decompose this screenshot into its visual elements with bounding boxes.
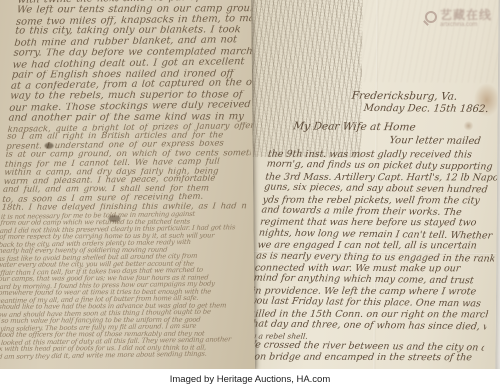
watermark-text-block: 艺藏在线 artxchina.com bbox=[440, 9, 492, 28]
letter-opening-line: Your letter mailed bbox=[389, 135, 482, 147]
left-page-handwriting: with twine the next time we put up tents… bbox=[0, 0, 255, 360]
letter-place-line: Fredericksburg, Va. bbox=[351, 90, 458, 103]
cross-writing-texture bbox=[249, 0, 362, 158]
credit-text: Imaged by Heritage Auctions, HA.com bbox=[0, 374, 500, 385]
left-page-bottom-section: it is not necessary for me to be told me… bbox=[0, 210, 246, 360]
left-page-top-section: with twine the next time we put up tents… bbox=[8, 0, 255, 125]
site-watermark: 艺藏在线 artxchina.com bbox=[425, 9, 492, 28]
right-page-body-text: the 9th inst. was most gladly received t… bbox=[247, 148, 498, 364]
watermark-cjk-text: 艺藏在线 bbox=[440, 9, 492, 21]
credit-strip: Imaged by Heritage Auctions, HA.com bbox=[0, 369, 500, 387]
magnifier-icon bbox=[425, 11, 437, 23]
ink-blot bbox=[45, 143, 54, 149]
letter-page-left: with twine the next time we put up tents… bbox=[0, 0, 255, 372]
left-page-middle-section: knapsack, quite a bright lot of prizes o… bbox=[1, 122, 253, 213]
auction-photo-page: with twine the next time we put up tents… bbox=[0, 0, 500, 387]
handwriting-line: toon bridge and encamped in the streets … bbox=[247, 351, 483, 363]
letter-page-right: Fredericksburg, Va. Monday Dec. 15th 186… bbox=[247, 0, 498, 372]
watermark-subtext: artxchina.com bbox=[440, 22, 492, 28]
letter-salutation: My Dear Wife at Home bbox=[293, 120, 417, 133]
letter-date-line: Monday Dec. 15th 1862. bbox=[363, 103, 489, 115]
paper-stain bbox=[463, 121, 473, 131]
letter-photograph: with twine the next time we put up tents… bbox=[0, 0, 500, 372]
